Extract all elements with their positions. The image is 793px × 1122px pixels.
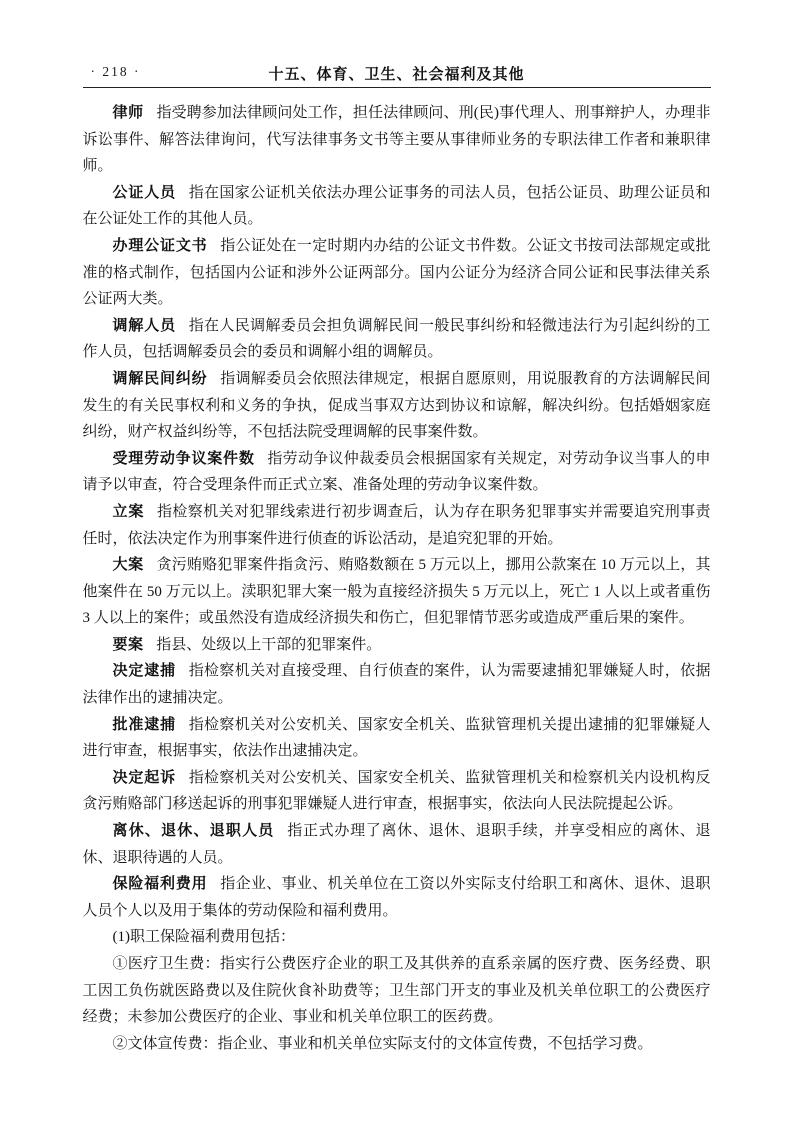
glossary-entry-lawyer: 律师指受聘参加法律顾问处工作，担任法律顾问、刑(民)事代理人、刑事辩护人，办理非…	[83, 100, 711, 180]
entry-term: 调解人员	[113, 317, 176, 334]
sub-paragraph-text: ①医疗卫生费：指实行公费医疗企业的职工及其供养的直系亲属的医疗费、医务经费、职工…	[83, 956, 711, 1025]
glossary-entry-notary-staff: 公证人员指在国家公证机关依法办理公证事务的司法人员，包括公证员、助理公证员和在公…	[83, 180, 711, 233]
entry-term: 要案	[113, 636, 144, 653]
glossary-entry-major-cases: 大案贪污贿赂犯罪案件指贪污、贿赂数额在 5 万元以上，挪用公款案在 10 万元以…	[83, 552, 711, 632]
glossary-entry-arrest-approval: 批准逮捕指检察机关对公安机关、国家安全机关、监狱管理机关提出逮捕的犯罪嫌疑人进行…	[83, 712, 711, 765]
glossary-entry-mediators: 调解人员指在人民调解委员会担负调解民间一般民事纠纷和轻微违法行为引起纠纷的工作人…	[83, 313, 711, 366]
sub-paragraph-text: ②文体宣传费：指企业、事业和机关单位实际支付的文体宣传费，不包括学习费。	[113, 1036, 653, 1052]
entry-definition: 指在国家公证机关依法办理公证事务的司法人员，包括公证员、助理公证员和在公证处工作…	[83, 185, 711, 228]
entry-definition: 指检察机关对犯罪线索进行初步调查后，认为存在职务犯罪事实并需要追究刑事责任时，依…	[83, 504, 711, 547]
glossary-body: 律师指受聘参加法律顾问处工作，担任法律顾问、刑(民)事代理人、刑事辩护人，办理非…	[83, 100, 711, 1057]
entry-definition: 指检察机关对直接受理、自行侦查的案件，认为需要逮捕犯罪嫌疑人时，依据法律作出的逮…	[83, 663, 711, 706]
entry-term: 大案	[113, 556, 144, 573]
sub-paragraph-medical-fees: ①医疗卫生费：指实行公费医疗企业的职工及其供养的直系亲属的医疗费、医务经费、职工…	[83, 951, 711, 1031]
sub-paragraph-culture-publicity-fees: ②文体宣传费：指企业、事业和机关单位实际支付的文体宣传费，不包括学习费。	[83, 1031, 711, 1058]
entry-definition: 指检察机关对公安机关、国家安全机关、监狱管理机关和检察机关内设机构反贪污贿赂部门…	[83, 770, 711, 813]
chapter-title: 十五、体育、卫生、社会福利及其他	[83, 63, 711, 84]
glossary-entry-insurance-welfare-costs: 保险福利费用指企业、事业、机关单位在工资以外实际支付给职工和离休、退休、退职人员…	[83, 871, 711, 924]
document-page: · 218 · 十五、体育、卫生、社会福利及其他 律师指受聘参加法律顾问处工作，…	[0, 0, 793, 1122]
page-header: · 218 · 十五、体育、卫生、社会福利及其他	[83, 64, 711, 84]
entry-term: 调解民间纠纷	[113, 370, 208, 387]
glossary-entry-arrest-decision: 决定逮捕指检察机关对直接受理、自行侦查的案件，认为需要逮捕犯罪嫌疑人时，依据法律…	[83, 658, 711, 711]
entry-term: 受理劳动争议案件数	[113, 450, 255, 467]
sub-paragraph-text: (1)职工保险福利费用包括：	[113, 929, 296, 945]
entry-definition: 指检察机关对公安机关、国家安全机关、监狱管理机关提出逮捕的犯罪嫌疑人进行审查，根…	[83, 717, 711, 760]
glossary-entry-key-cases: 要案指县、处级以上干部的犯罪案件。	[83, 632, 711, 659]
entry-term: 决定逮捕	[113, 662, 176, 679]
header-rule	[83, 87, 711, 88]
entry-term: 离休、退休、退职人员	[113, 822, 275, 839]
entry-definition: 指在人民调解委员会担负调解民间一般民事纠纷和轻微违法行为引起纠纷的工作人员，包括…	[83, 318, 711, 361]
glossary-entry-case-filing: 立案指检察机关对犯罪线索进行初步调查后，认为存在职务犯罪事实并需要追究刑事责任时…	[83, 499, 711, 552]
glossary-entry-notarial-documents: 办理公证文书指公证处在一定时期内办结的公证文书件数。公证文书按司法部规定或批准的…	[83, 233, 711, 313]
glossary-entry-retired-personnel: 离休、退休、退职人员指正式办理了离休、退休、退职手续，并享受相应的离休、退休、退…	[83, 818, 711, 871]
entry-term: 律师	[113, 104, 144, 121]
glossary-entry-civil-mediation: 调解民间纠纷指调解委员会依照法律规定，根据自愿原则，用说服教育的方法调解民间发生…	[83, 366, 711, 446]
sub-paragraph-welfare-includes: (1)职工保险福利费用包括：	[83, 924, 711, 951]
page-content: · 218 · 十五、体育、卫生、社会福利及其他 律师指受聘参加法律顾问处工作，…	[83, 64, 711, 1057]
entry-term: 公证人员	[113, 184, 176, 201]
entry-term: 保险福利费用	[113, 875, 208, 892]
entry-term: 决定起诉	[113, 769, 176, 786]
entry-definition: 指受聘参加法律顾问处工作，担任法律顾问、刑(民)事代理人、刑事辩护人，办理非诉讼…	[83, 105, 711, 174]
entry-term: 批准逮捕	[113, 716, 176, 733]
entry-definition: 指县、处级以上干部的犯罪案件。	[156, 637, 381, 653]
entry-term: 立案	[113, 503, 145, 520]
glossary-entry-prosecution-decision: 决定起诉指检察机关对公安机关、国家安全机关、监狱管理机关和检察机关内设机构反贪污…	[83, 765, 711, 818]
entry-definition: 贪污贿赂犯罪案件指贪污、贿赂数额在 5 万元以上，挪用公款案在 10 万元以上，…	[83, 557, 711, 626]
glossary-entry-labor-dispute-cases: 受理劳动争议案件数指劳动争议仲裁委员会根据国家有关规定，对劳动争议当事人的申请予…	[83, 446, 711, 499]
entry-term: 办理公证文书	[113, 237, 208, 254]
